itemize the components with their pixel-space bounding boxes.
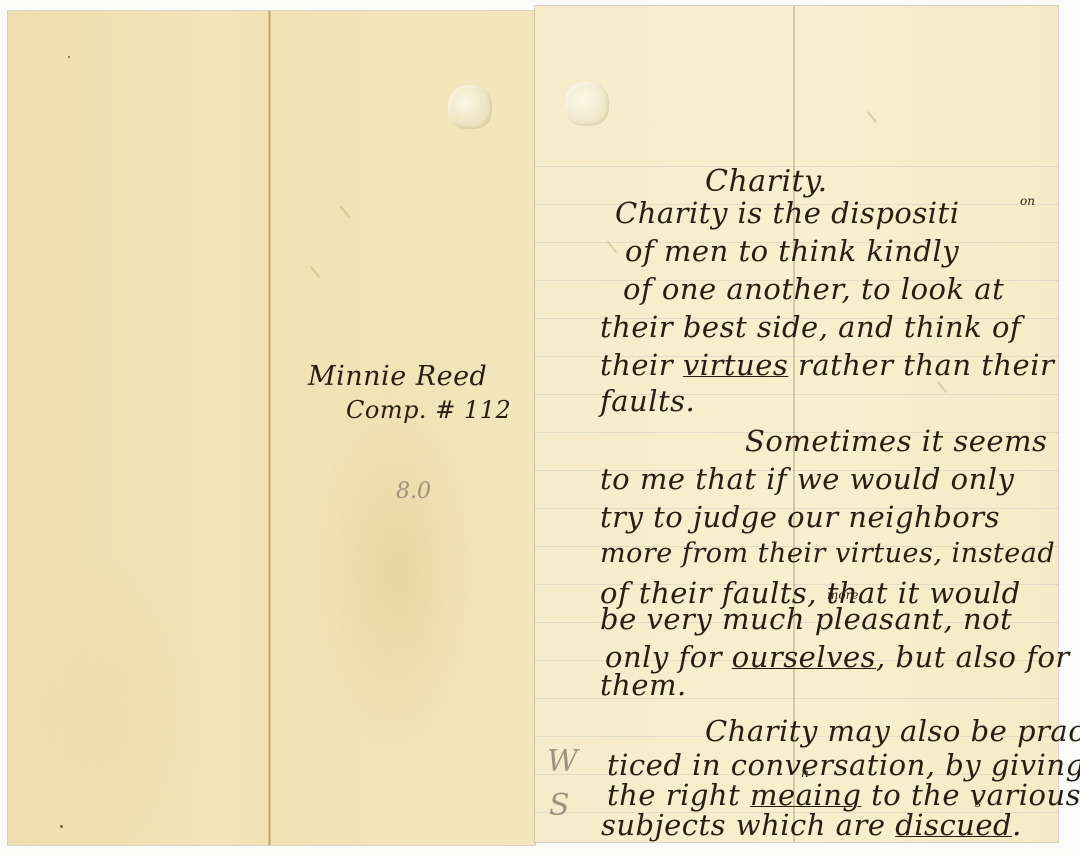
embossed-seal-icon bbox=[565, 82, 609, 126]
embossed-seal-icon bbox=[448, 85, 492, 129]
margin-mark-s: S bbox=[549, 788, 570, 823]
paper-fleck bbox=[867, 111, 878, 123]
essay-line-8: to me that if we would only bbox=[600, 462, 1014, 496]
essay-line-14: them. bbox=[600, 668, 687, 702]
insertion-on: on bbox=[1020, 194, 1035, 208]
essay-line-16: ticed in conversation, by giving bbox=[607, 748, 1080, 782]
essay-line-17: the right meaing to the various bbox=[607, 778, 1080, 812]
line18-suffix: . bbox=[1012, 808, 1022, 842]
line5-suffix: rather than their bbox=[788, 348, 1054, 382]
paper-fleck bbox=[340, 206, 351, 218]
pencil-grade-note: 8.0 bbox=[396, 479, 431, 504]
essay-line-15: Charity may also be prac- bbox=[705, 714, 1080, 748]
margin-mark-w: W bbox=[547, 744, 578, 779]
insertion-more: more bbox=[827, 588, 858, 602]
composition-label: Comp. # 112 bbox=[346, 396, 511, 424]
essay-line-9: try to judge our neighbors bbox=[600, 500, 1000, 534]
underlined-meaing: meaing bbox=[750, 778, 861, 812]
essay-line-10: more from their virtues, instead bbox=[600, 538, 1055, 569]
essay-line-6: faults. bbox=[600, 384, 695, 418]
line5-prefix: their bbox=[600, 348, 683, 382]
essay-line-1: Charity is the dispositi bbox=[615, 196, 959, 230]
line13-suffix: , but also for bbox=[876, 640, 1070, 674]
paper-speck bbox=[68, 56, 70, 58]
line17-prefix: the right bbox=[607, 778, 750, 812]
center-fold-crease bbox=[268, 11, 271, 845]
essay-line-5: their virtues rather than their bbox=[600, 348, 1054, 382]
essay-line-4: their best side, and think of bbox=[600, 310, 1021, 344]
paper-speck bbox=[60, 825, 63, 828]
underlined-ourselves: ourselves bbox=[732, 640, 876, 674]
line17-suffix: to the various bbox=[861, 778, 1080, 812]
essay-title: Charity. bbox=[705, 164, 828, 199]
line18-prefix: subjects which are bbox=[601, 808, 895, 842]
essay-line-2: of men to think kindly bbox=[625, 234, 959, 268]
paper-fleck bbox=[937, 381, 948, 393]
underlined-discued: discued bbox=[895, 808, 1012, 842]
essay-line-7: Sometimes it seems bbox=[745, 424, 1047, 458]
essay-line-12: be very much pleasant, not bbox=[600, 602, 1012, 636]
left-page: Minnie Reed Comp. # 112 8.0 bbox=[8, 11, 535, 845]
essay-line-3: of one another, to look at bbox=[623, 272, 1004, 306]
right-page: Charity. Charity is the dispositi on of … bbox=[535, 6, 1058, 842]
author-name: Minnie Reed bbox=[308, 361, 487, 392]
paper-fleck bbox=[310, 266, 321, 278]
underlined-virtues: virtues bbox=[683, 348, 788, 382]
essay-line-18: subjects which are discued. bbox=[601, 808, 1022, 842]
